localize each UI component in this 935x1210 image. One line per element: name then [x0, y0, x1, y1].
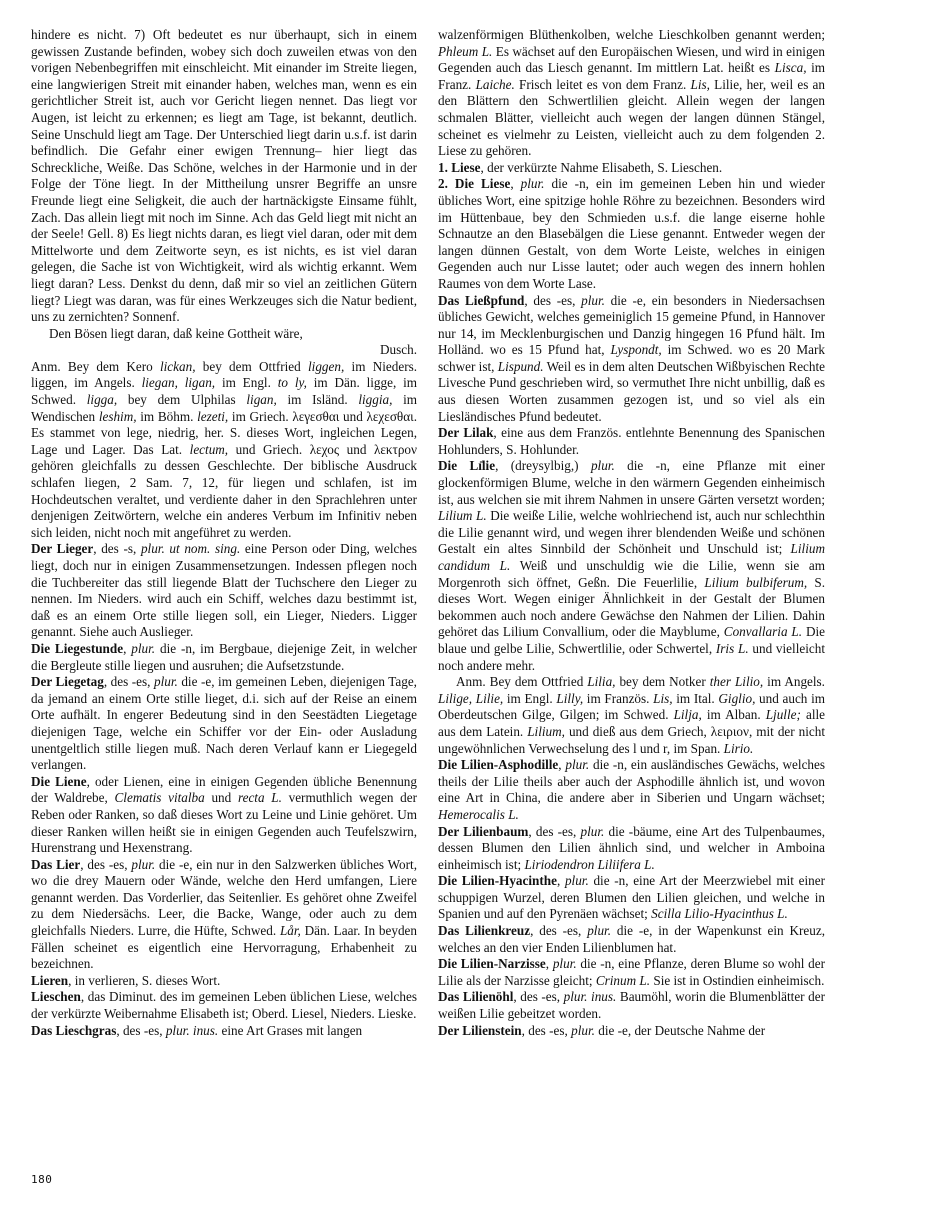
headword: Das Lilienkreuz	[438, 923, 530, 938]
italic-term: liegan, ligan,	[142, 375, 216, 390]
italic-term: plur.	[154, 674, 178, 689]
dictionary-entry: Die Liegestunde, plur. die -n, im Bergba…	[31, 641, 417, 674]
dictionary-entry: 2. Die Liese, plur. die -n, ein im gemei…	[438, 176, 825, 292]
body-text: im Isländ.	[277, 392, 359, 407]
headword: Die Lilien-Asphodille	[438, 757, 558, 772]
headword: Die Lı̄lie	[438, 458, 495, 473]
body-text: , der verkürzte Nahme Elisabeth, S. Lies…	[481, 160, 723, 175]
italic-term: lickan,	[160, 359, 196, 374]
body-text: im Ital.	[673, 691, 719, 706]
italic-term: lezeti,	[197, 409, 228, 424]
body-text: , des -es,	[530, 923, 587, 938]
body-text: Den Bösen liegt daran, daß keine Gotthei…	[49, 326, 303, 341]
body-text: Die weiße Lilie, welche wohlriechend ist…	[438, 508, 825, 556]
body-text: Es wächset auf den Europäischen Wiesen, …	[438, 44, 825, 76]
italic-term: Lilja,	[674, 707, 702, 722]
italic-term: plur.	[553, 956, 577, 971]
body-text: , des -es,	[116, 1023, 165, 1038]
body-text: bey dem Ulphilas	[117, 392, 246, 407]
body-text: Anm. Bey dem Kero	[31, 359, 160, 374]
body-text: im Engl.	[215, 375, 278, 390]
italic-term: plur. inus.	[564, 989, 617, 1004]
italic-term: Hemerocalis L.	[438, 807, 519, 822]
body-text: ,	[510, 176, 520, 191]
body-text: , des -es,	[528, 824, 580, 839]
body-text: , des -es,	[524, 293, 581, 308]
italic-term: plur.	[521, 176, 545, 191]
italic-term: plur.	[581, 824, 605, 839]
right-column: walzenförmigen Blüthenkolben, welche Lie…	[438, 27, 825, 1039]
italic-term: Convallaria L.	[724, 624, 802, 639]
italic-term: Lilly,	[556, 691, 583, 706]
headword: Lieschen	[31, 989, 81, 1004]
italic-term: ligga,	[87, 392, 117, 407]
italic-term: ligan,	[246, 392, 276, 407]
italic-term: Lår,	[280, 923, 301, 938]
headword: Der Lilienstein	[438, 1023, 522, 1038]
italic-term: plur. ut nom. sing.	[141, 541, 240, 556]
dictionary-entry: Lieren, in verlieren, S. dieses Wort.	[31, 973, 417, 990]
body-text: Sie ist in Ostindien einheimisch.	[650, 973, 824, 988]
italic-term: Lilium bulbiferum,	[704, 575, 807, 590]
italic-term: Lilige, Lilie,	[438, 691, 503, 706]
italic-term: Lilium,	[527, 724, 565, 739]
paragraph: walzenförmigen Blüthenkolben, welche Lie…	[438, 27, 825, 160]
italic-term: leshim,	[99, 409, 137, 424]
italic-term: Crinum L.	[596, 973, 650, 988]
body-text: im Französ.	[583, 691, 653, 706]
headword: Das Lilienöhl	[438, 989, 513, 1004]
italic-term: plur.	[131, 641, 155, 656]
body-text: , des -es,	[80, 857, 131, 872]
body-text: im Angels.	[763, 674, 825, 689]
attribution: Dusch.	[31, 342, 417, 359]
italic-term: Lis,	[653, 691, 672, 706]
italic-term: Ljulle;	[766, 707, 801, 722]
headword: 1. Liese	[438, 160, 481, 175]
dictionary-entry: Die Lı̄lie, (dreysylbig,) plur. die -n, …	[438, 458, 825, 674]
headword: Die Liegestunde	[31, 641, 123, 656]
body-text: eine Art Grases mit langen	[218, 1023, 362, 1038]
italic-term: liggia,	[358, 392, 392, 407]
dictionary-entry: Die Lilien-Narzisse, plur. die -n, eine …	[438, 956, 825, 989]
italic-term: recta L.	[238, 790, 282, 805]
body-text: , das Diminut. des im gemeinen Leben übl…	[31, 989, 417, 1021]
dictionary-entry: Das Lieschgras, des -es, plur. inus. ein…	[31, 1023, 417, 1040]
paragraph: Den Bösen liegt daran, daß keine Gotthei…	[31, 326, 417, 343]
dictionary-entry: Das Lier, des -es, plur. die -e, ein nur…	[31, 857, 417, 973]
italic-term: Scilla Lilio-Hyacinthus L.	[651, 906, 788, 921]
body-text: Frisch leitet es von dem Franz.	[515, 77, 691, 92]
body-text: bey dem Notker	[615, 674, 709, 689]
body-text: hindere es nicht. 7) Oft bedeutet es nur…	[31, 27, 417, 324]
dictionary-entry: Lieschen, das Diminut. des im gemeinen L…	[31, 989, 417, 1022]
dictionary-entry: Der Liegetag, des -es, plur. die -e, im …	[31, 674, 417, 774]
italic-term: Giglio,	[718, 691, 755, 706]
headword: 2. Die Liese	[438, 176, 510, 191]
body-text: , des -es,	[522, 1023, 571, 1038]
body-text: , eine aus dem Französ. entlehnte Benenn…	[438, 425, 825, 457]
italic-term: plur. inus.	[166, 1023, 218, 1038]
italic-term: plur.	[131, 857, 155, 872]
dictionary-entry: Die Lilien-Asphodille, plur. die -n, ein…	[438, 757, 825, 823]
headword: Lieren	[31, 973, 68, 988]
headword: Das Ließpfund	[438, 293, 524, 308]
italic-term: plur.	[565, 873, 589, 888]
left-column: hindere es nicht. 7) Oft bedeutet es nur…	[31, 27, 417, 1039]
italic-term: plur.	[591, 458, 615, 473]
body-text: , des -s,	[93, 541, 141, 556]
headword: Der Lieger	[31, 541, 93, 556]
italic-term: Lirio.	[724, 741, 754, 756]
body-text: bey dem Ottfried	[196, 359, 309, 374]
paragraph: Anm. Bey dem Ottfried Lilia, bey dem Not…	[438, 674, 825, 757]
body-text: im Alban.	[702, 707, 766, 722]
italic-term: ther Lilio,	[710, 674, 763, 689]
body-text: die -n, ein im gemeinen Leben hin und wi…	[438, 176, 825, 291]
italic-term: Phleum L.	[438, 44, 492, 59]
headword: Der Liegetag	[31, 674, 104, 689]
italic-term: Lis,	[690, 77, 709, 92]
body-text: die -e, der Deutsche Nahme der	[595, 1023, 765, 1038]
dictionary-entry: Die Liene, oder Lienen, eine in einigen …	[31, 774, 417, 857]
paragraph: hindere es nicht. 7) Oft bedeutet es nur…	[31, 27, 417, 326]
dictionary-entry: Die Lilien-Hyacinthe, plur. die -n, eine…	[438, 873, 825, 923]
italic-term: liggen,	[308, 359, 344, 374]
dictionary-entry: 1. Liese, der verkürzte Nahme Elisabeth,…	[438, 160, 825, 177]
page-number: 180	[31, 1173, 52, 1186]
body-text: im Engl.	[503, 691, 556, 706]
dictionary-entry: Der Lilienbaum, des -es, plur. die -bäum…	[438, 824, 825, 874]
italic-term: Liriodendron Liliifera L.	[524, 857, 654, 872]
italic-term: Lyspondt,	[610, 342, 661, 357]
dictionary-entry: Das Lilienkreuz, des -es, plur. die -e, …	[438, 923, 825, 956]
italic-term: Clematis vitalba	[115, 790, 205, 805]
headword: Der Lilienbaum	[438, 824, 528, 839]
italic-term: plur.	[571, 1023, 595, 1038]
italic-term: to ly,	[278, 375, 307, 390]
italic-term: Iris L.	[716, 641, 749, 656]
italic-term: plur.	[565, 757, 589, 772]
headword: Die Lilien-Hyacinthe	[438, 873, 557, 888]
body-text: , des -es,	[513, 989, 563, 1004]
body-text: im Böhm.	[137, 409, 198, 424]
body-text: walzenförmigen Blüthenkolben, welche Lie…	[438, 27, 825, 42]
dictionary-page: hindere es nicht. 7) Oft bedeutet es nur…	[0, 0, 935, 1210]
paragraph: Anm. Bey dem Kero lickan, bey dem Ottfri…	[31, 359, 417, 542]
headword: Die Liene	[31, 774, 87, 789]
body-text: ,	[557, 873, 565, 888]
italic-term: plur.	[587, 923, 611, 938]
italic-term: plur.	[581, 293, 605, 308]
body-text: Dusch.	[380, 342, 417, 357]
dictionary-entry: Der Lilienstein, des -es, plur. die -e, …	[438, 1023, 825, 1040]
body-text: , in verlieren, S. dieses Wort.	[68, 973, 220, 988]
body-text: , (dreysylbig,)	[495, 458, 591, 473]
body-text: und	[205, 790, 238, 805]
dictionary-entry: Das Ließpfund, des -es, plur. die -e, ei…	[438, 293, 825, 426]
italic-term: Lilia,	[587, 674, 615, 689]
body-text: , des -es,	[104, 674, 154, 689]
body-text: ,	[546, 956, 553, 971]
headword: Das Lier	[31, 857, 80, 872]
body-text: Anm. Bey dem Ottfried	[456, 674, 587, 689]
headword: Der Lilak	[438, 425, 493, 440]
italic-term: Lilium L.	[438, 508, 487, 523]
dictionary-entry: Der Lilak, eine aus dem Französ. entlehn…	[438, 425, 825, 458]
italic-term: lectum,	[190, 442, 228, 457]
dictionary-entry: Der Lieger, des -s, plur. ut nom. sing. …	[31, 541, 417, 641]
italic-term: Lispund.	[498, 359, 544, 374]
italic-term: Laiche.	[476, 77, 515, 92]
headword: Die Lilien-Narzisse	[438, 956, 546, 971]
dictionary-entry: Das Lilienöhl, des -es, plur. inus. Baum…	[438, 989, 825, 1022]
headword: Das Lieschgras	[31, 1023, 116, 1038]
italic-term: Lisca,	[775, 60, 807, 75]
